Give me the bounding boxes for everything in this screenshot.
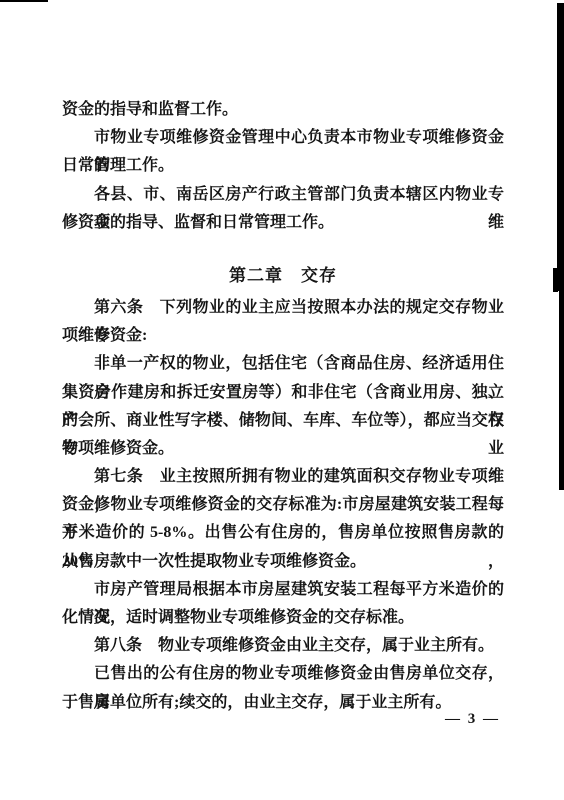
text-line: 的会所、商业性写字楼、储物间、车库、车位等），都应当交存物业 [62, 407, 504, 435]
text-line: 已售出的公有住房的物业专项维修资金由售房单位交存，属 [62, 660, 504, 688]
scan-artifact-top-left [0, 0, 48, 2]
text-line: 非单一产权的物业，包括住宅（含商品住房、经济适用住房、 [62, 350, 504, 378]
page-number: — 3 — [62, 711, 500, 728]
scan-artifact-right-bar-notch [553, 268, 558, 292]
text-line: 资金，物业专项维修资金的交存标准为:市房屋建筑安装工程每平 [62, 491, 504, 519]
text-line: 资金的指导和监督工作。 [62, 96, 504, 124]
text-line: 各县、市、南岳区房产行政主管部门负责本辖区内物业专项维 [62, 181, 504, 209]
text-line: 方米造价的 5-8%。出售公有住房的，售房单位按照售房款的 20%， [62, 519, 504, 547]
chapter-heading: 第二章 交存 [62, 262, 504, 290]
text-line: 化情况，适时调整物业专项维修资金的交存标准。 [62, 604, 504, 632]
text-line: 集资合作建房和拆迁安置房等）和非住宅（含商业用房、独立产权 [62, 379, 504, 407]
text-line: 第八条 物业专项维修资金由业主交存，属于业主所有。 [62, 632, 504, 660]
document-body: 资金的指导和监督工作。市物业专项维修资金管理中心负责本市物业专项维修资金的日常管… [62, 96, 504, 717]
document-page: 资金的指导和监督工作。市物业专项维修资金管理中心负责本市物业专项维修资金的日常管… [0, 0, 564, 800]
text-line: 市物业专项维修资金管理中心负责本市物业专项维修资金的 [62, 124, 504, 152]
scan-artifact-right-bar [557, 3, 564, 291]
text-line: 日常管理工作。 [62, 152, 504, 180]
text-line: 第七条 业主按照所拥有物业的建筑面积交存物业专项维修 [62, 463, 504, 491]
text-line: 项维修资金: [62, 322, 504, 350]
text-line: 第六条 下列物业的业主应当按照本办法的规定交存物业专 [62, 294, 504, 322]
text-line: 市房产管理局根据本市房屋建筑安装工程每平方米造价的变 [62, 576, 504, 604]
scan-artifact-right-bar-lower [559, 291, 564, 490]
